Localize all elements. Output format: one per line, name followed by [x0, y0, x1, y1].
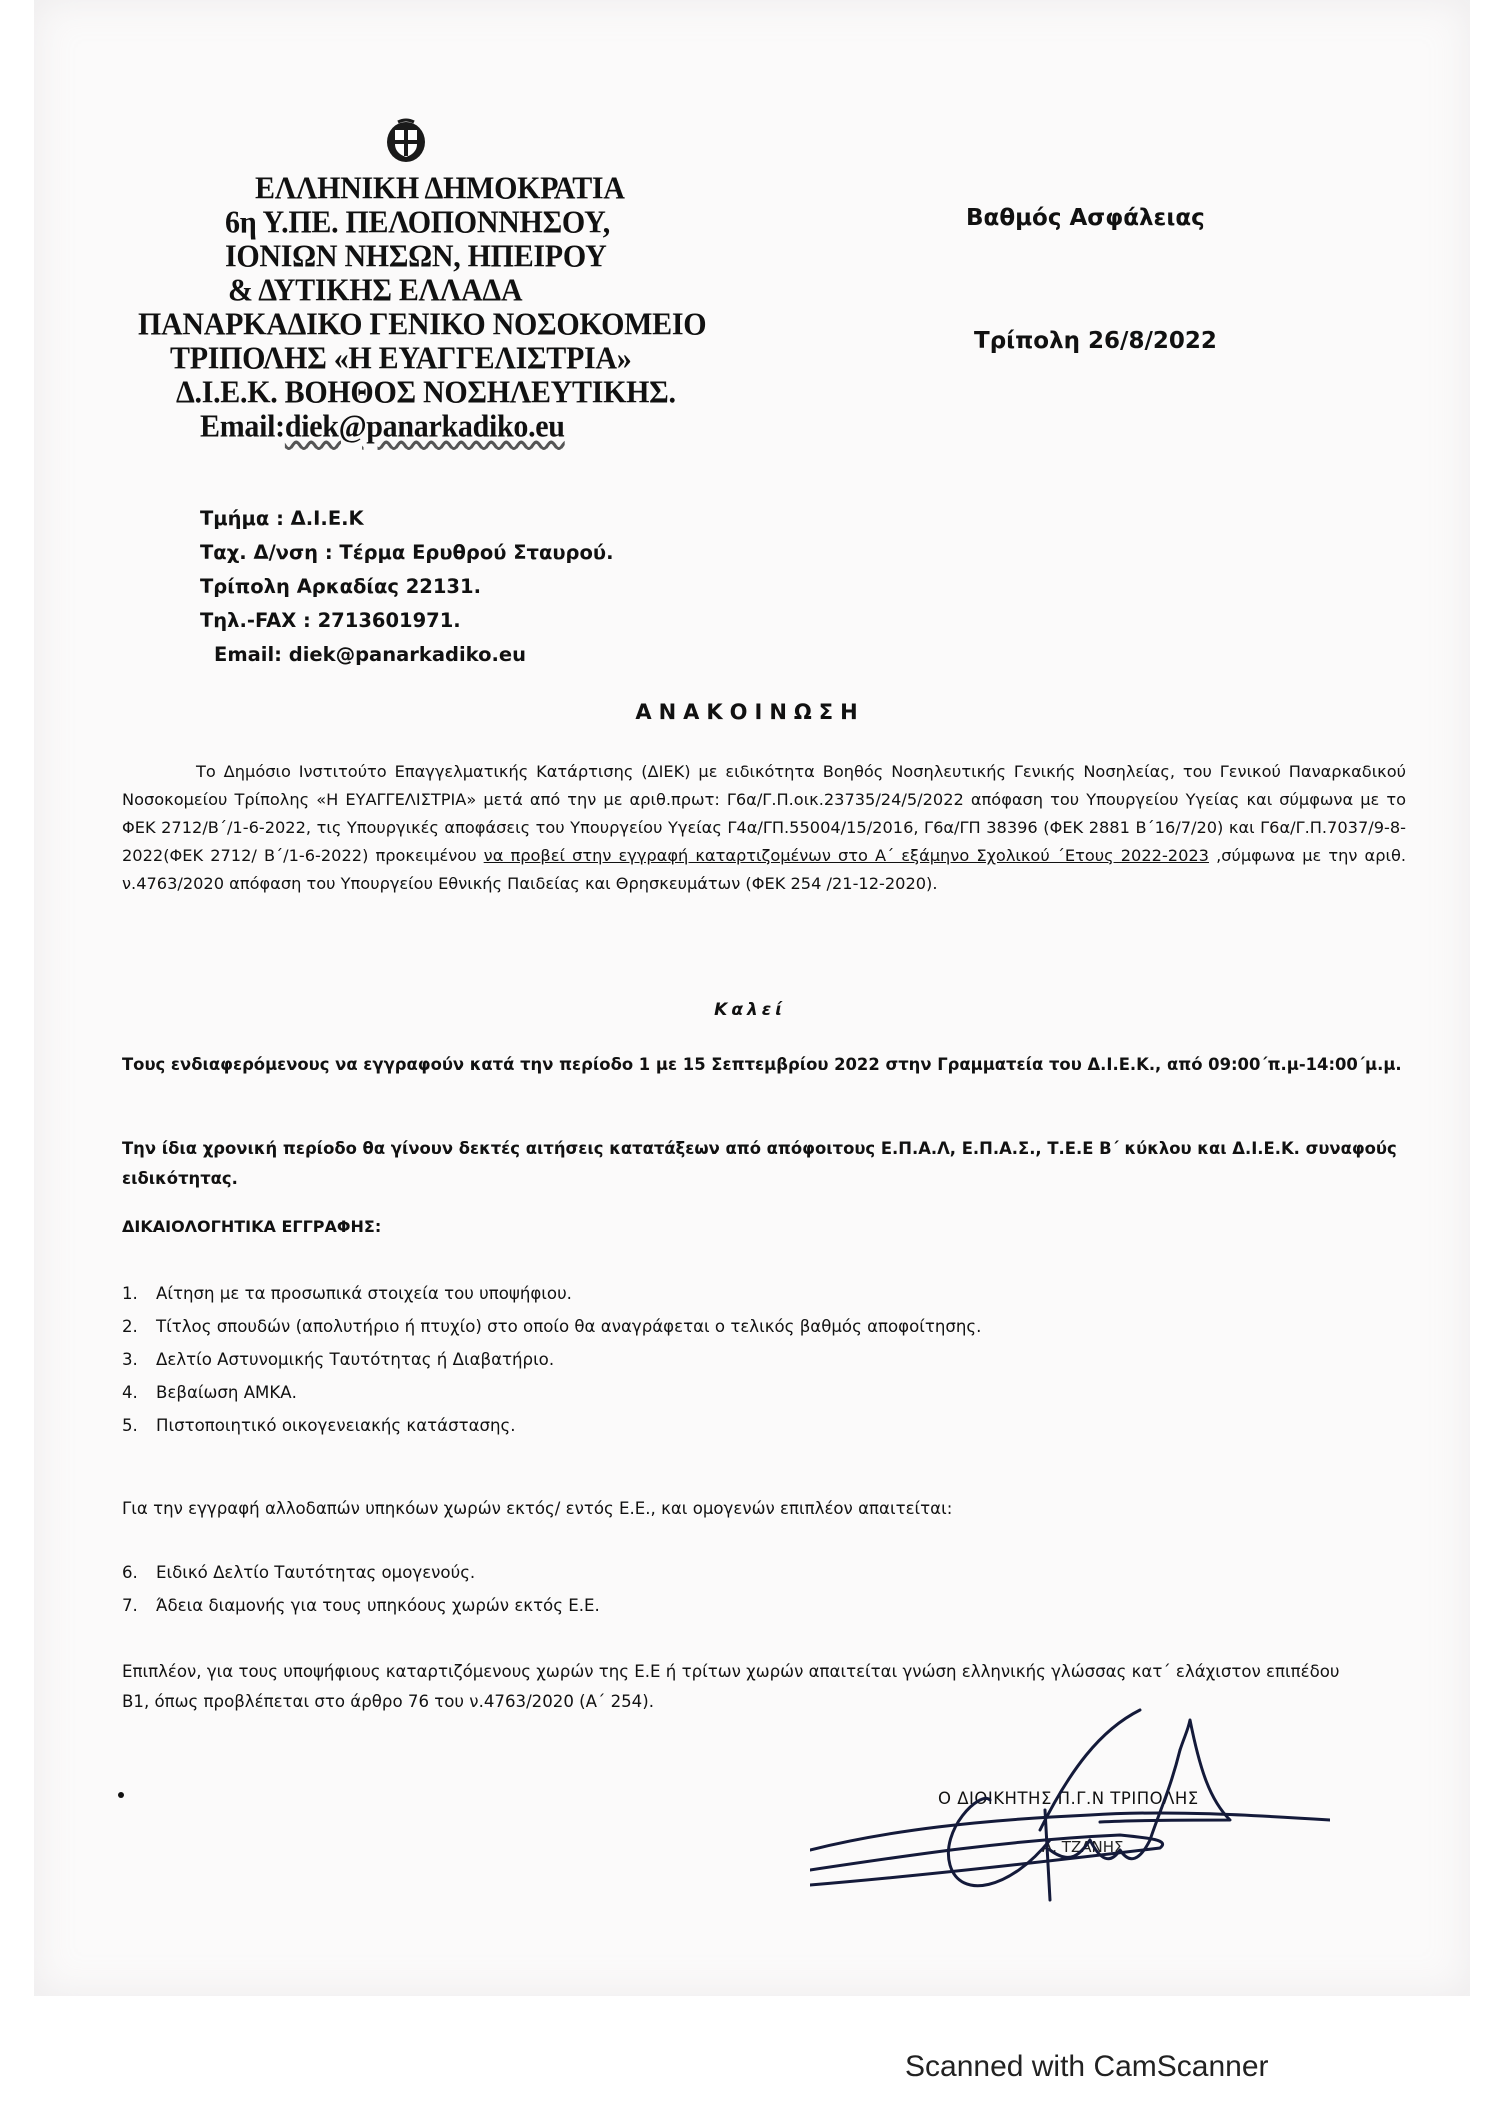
place-date: Τρίπολη 26/8/2022 [974, 328, 1217, 354]
header-line: ΤΡΙΠΟΛΗΣ «Η ΕΥΑΓΓΕΛΙΣΤΡΙΑ» [170, 341, 631, 377]
department-email: Email: diek@panarkadiko.eu [214, 643, 526, 666]
greek-coat-of-arms-icon [385, 118, 427, 164]
calls-heading: Καλεί [0, 1000, 1500, 1020]
header-email: Email:diek@panarkadiko.eu [200, 409, 565, 445]
list-item: 1.Αίτηση με τα προσωπικά στοιχεία του υπ… [122, 1277, 981, 1310]
department-line: Τρίπολη Αρκαδίας 22131. [200, 575, 481, 598]
foreign-intro: Για την εγγραφή αλλοδαπών υπηκόων χωρών … [122, 1494, 1422, 1524]
header-line: ΙΟΝΙΩΝ ΝΗΣΩΝ, ΗΠΕΙΡΟΥ [225, 239, 606, 275]
intro-underlined: να προβεί στην εγγραφή καταρτιζομένων στ… [484, 846, 1209, 865]
department-line: Τμήμα : Δ.Ι.Ε.Κ [200, 507, 364, 530]
security-level: Βαθμός Ασφάλειας [966, 205, 1205, 231]
list-item: 7.Άδεια διαμονής για τους υπηκόους χωρών… [122, 1589, 600, 1622]
header-line: ΠΑΝΑΡΚΑΔΙΚΟ ΓΕΝΙΚΟ ΝΟΣΟΚΟΜΕΙΟ [138, 307, 706, 343]
registration-period: Τους ενδιαφερόμενους να εγγραφούν κατά τ… [122, 1050, 1412, 1080]
list-item: 6.Ειδικό Δελτίο Ταυτότητας ομογενούς. [122, 1556, 600, 1589]
header-email-label: Email: [200, 409, 285, 444]
camscanner-watermark: Scanned with CamScanner [905, 2050, 1269, 2084]
list-item: 5.Πιστοποιητικό οικογενειακής κατάστασης… [122, 1409, 981, 1442]
transfers-paragraph: Την ίδια χρονική περίοδο θα γίνουν δεκτέ… [122, 1134, 1412, 1194]
header-email-link[interactable]: diek@panarkadiko.eu [285, 409, 565, 444]
documents-list: 1.Αίτηση με τα προσωπικά στοιχεία του υπ… [122, 1277, 981, 1442]
list-item: 4.Βεβαίωση ΑΜΚΑ. [122, 1376, 981, 1409]
header-line: & ΔΥΤΙΚΗΣ ΕΛΛΑΔΑ [228, 273, 522, 309]
announcement-title: ΑΝΑΚΟΙΝΩΣΗ [0, 700, 1500, 724]
intro-paragraph: Το Δημόσιο Ινστιτούτο Επαγγελματικής Κατ… [122, 758, 1406, 898]
list-item: 3.Δελτίο Αστυνομικής Ταυτότητας ή Διαβατ… [122, 1343, 981, 1376]
header-line: 6η Υ.ΠΕ. ΠΕΛΟΠΟΝΝΗΣΟΥ, [225, 205, 610, 241]
stray-mark [118, 1792, 124, 1798]
header-line: Δ.Ι.Ε.Κ. ΒΟΗΘΟΣ ΝΟΣΗΛΕΥΤΙΚΗΣ. [176, 375, 676, 411]
list-item: 2.Τίτλος σπουδών (απολυτήριο ή πτυχίο) σ… [122, 1310, 981, 1343]
foreign-documents-list: 6.Ειδικό Δελτίο Ταυτότητας ομογενούς. 7.… [122, 1556, 600, 1622]
department-line: Τηλ.-FAX : 2713601971. [200, 609, 461, 632]
handwritten-signature-icon [810, 1690, 1330, 1920]
header-line: ΕΛΛΗΝΙΚΗ ΔΗΜΟΚΡΑΤΙΑ [255, 171, 625, 207]
documents-heading: ΔΙΚΑΙΟΛΟΓΗΤΙΚΑ ΕΓΓΡΑΦΗΣ: [122, 1212, 1412, 1242]
department-line: Ταχ. Δ/νση : Τέρμα Ερυθρού Σταυρού. [200, 541, 613, 564]
